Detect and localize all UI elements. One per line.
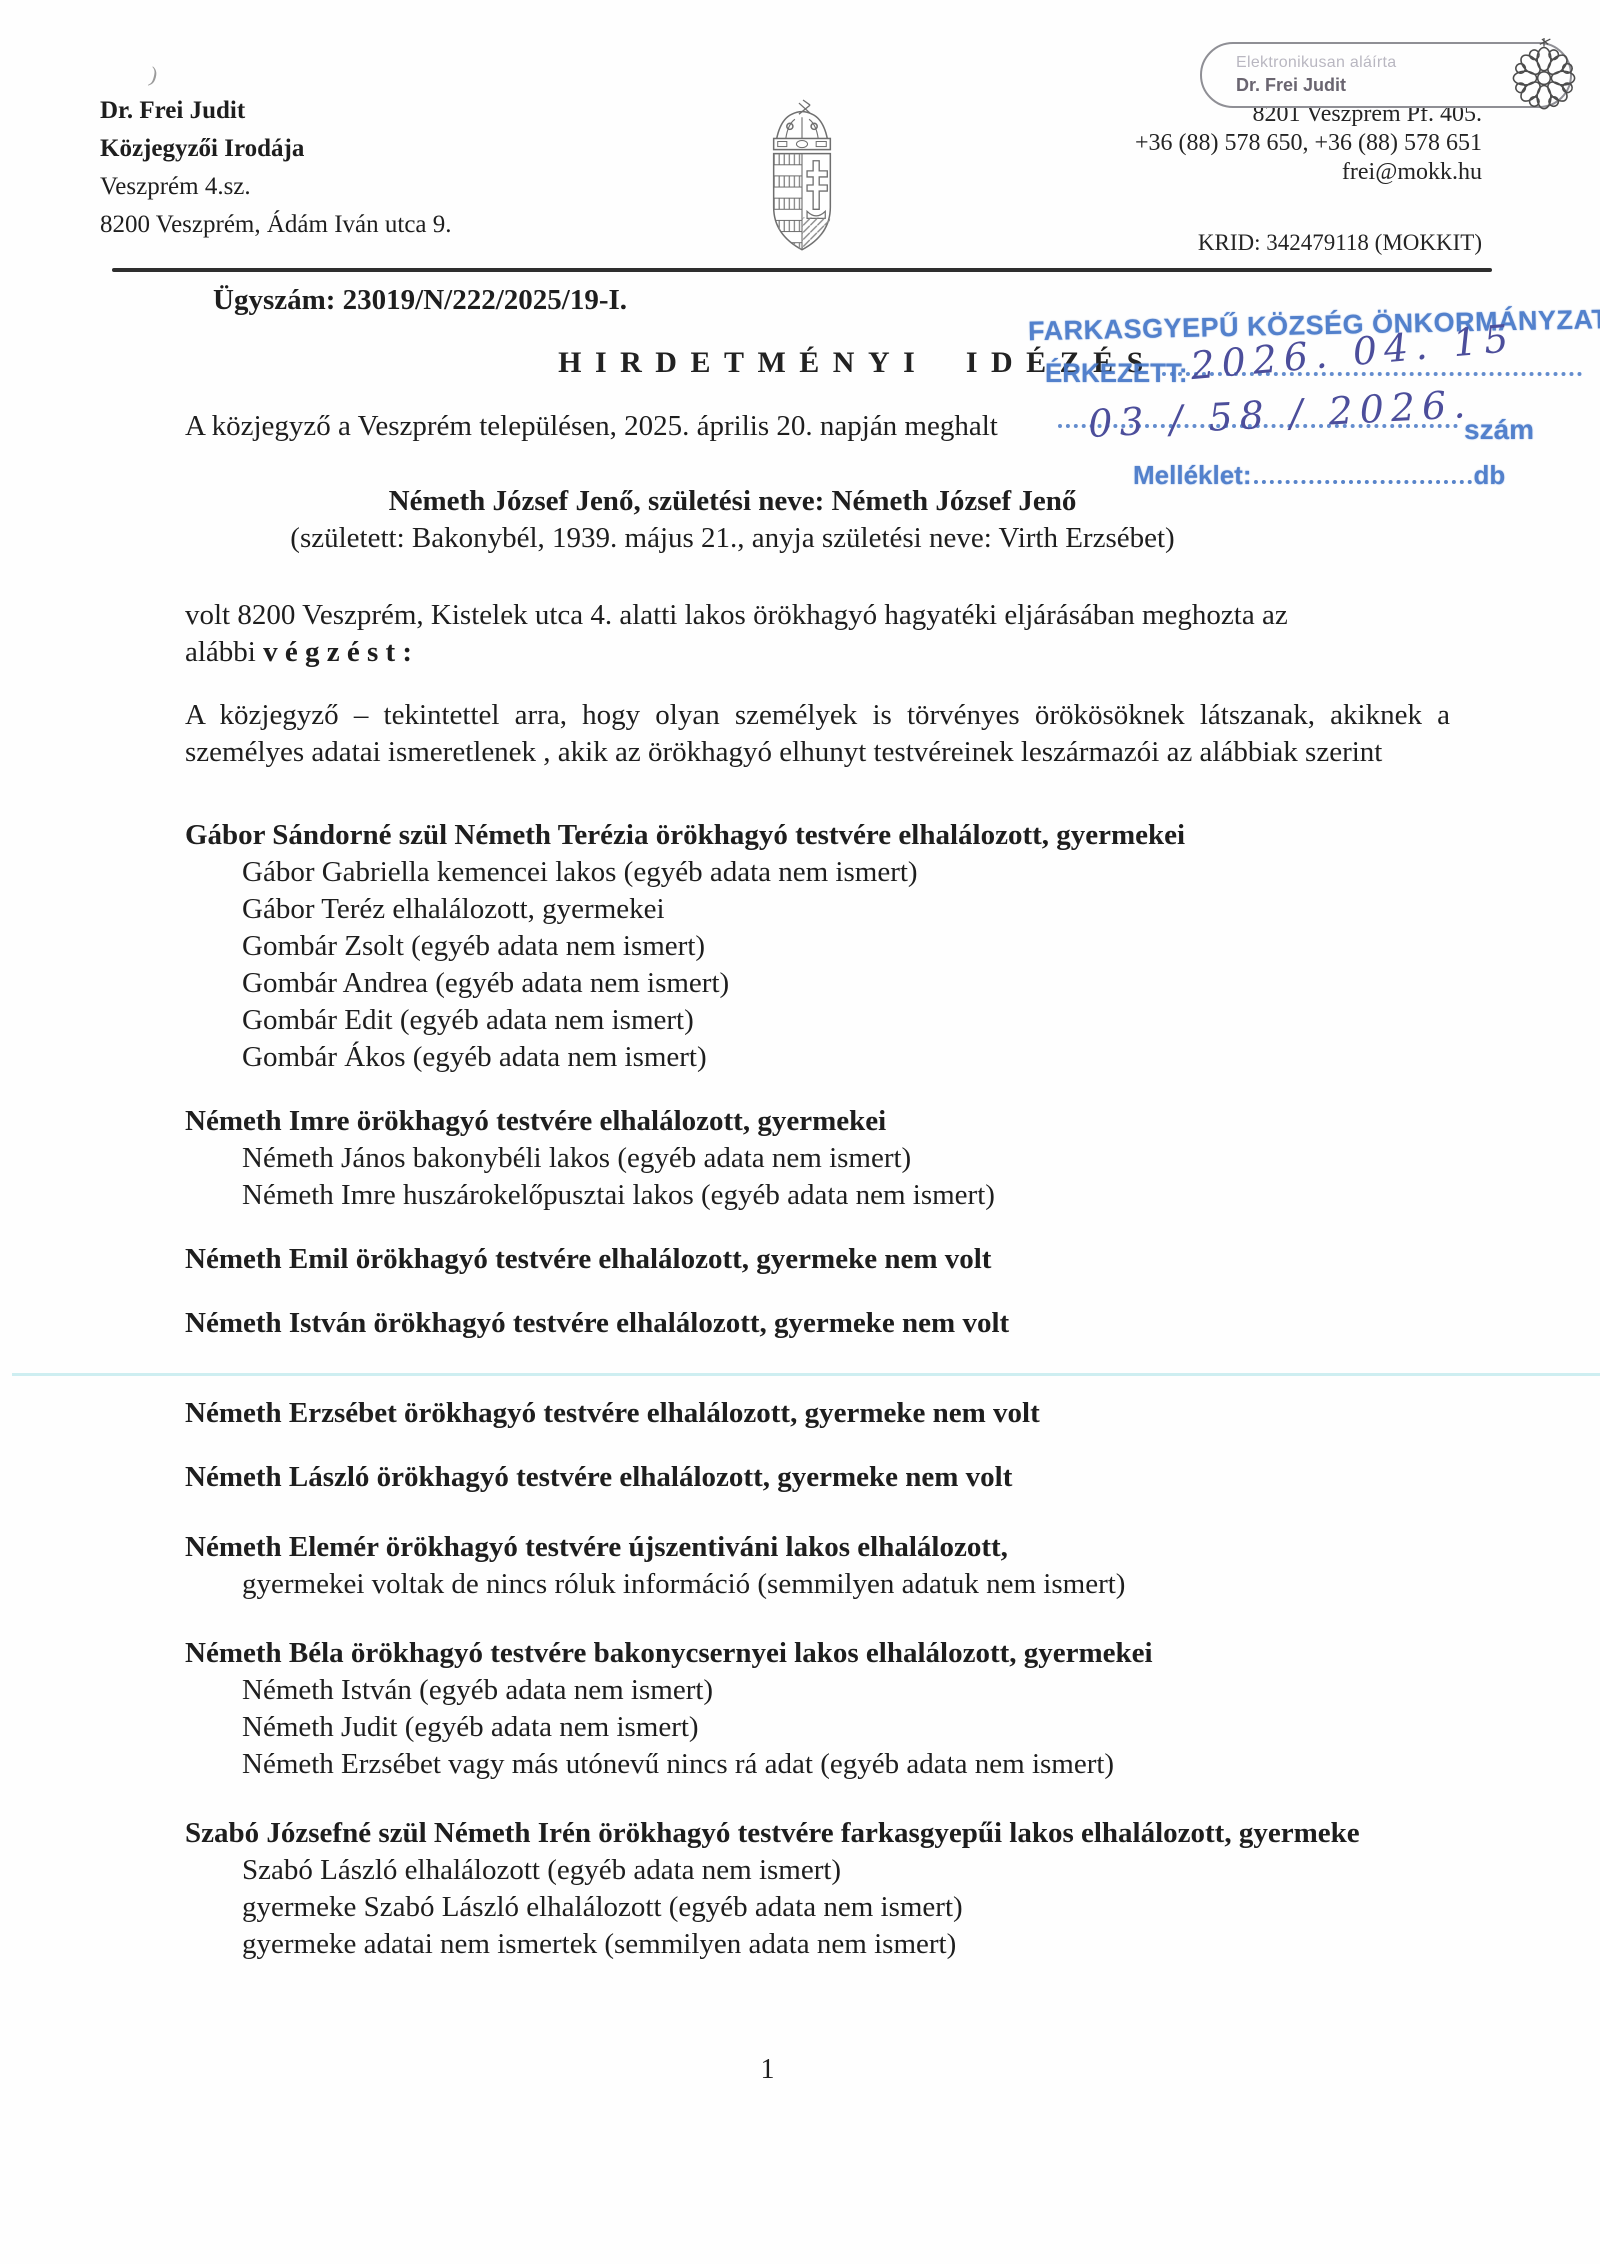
heir-section-heading: Németh István örökhagyó testvére elhalál… — [185, 1305, 1450, 1342]
heir-section: Németh Erzsébet örökhagyó testvére elhal… — [185, 1395, 1450, 1432]
stamp-db-label: db — [1474, 460, 1506, 490]
header-divider — [112, 268, 1492, 272]
heir-section-items: Németh János bakonybéli lakos (egyéb ada… — [185, 1140, 1450, 1214]
heir-section: Gábor Sándorné szül Németh Terézia örökh… — [185, 817, 1450, 1076]
list-item: Szabó László elhalálozott (egyéb adata n… — [242, 1852, 1450, 1889]
list-item: gyermekei voltak de nincs róluk informác… — [242, 1566, 1450, 1603]
heir-section-heading: Németh Béla örökhagyó testvére bakonycse… — [185, 1635, 1450, 1672]
notary-office-name: Közjegyzői Irodája — [100, 130, 452, 168]
notary-name: Dr. Frei Judit — [100, 92, 452, 130]
heir-section: Németh Imre örökhagyó testvére elhaláloz… — [185, 1103, 1450, 1214]
stamp-attachment-label: Melléklet: — [1133, 460, 1252, 490]
heir-section: Németh István örökhagyó testvére elhalál… — [185, 1305, 1450, 1342]
page-number: 1 — [135, 2051, 1400, 2088]
stamp-attachment-line: Melléklet:db — [1133, 460, 1505, 491]
heir-section: Németh László örökhagyó testvére elhalál… — [185, 1459, 1450, 1496]
heir-section: Németh Emil örökhagyó testvére elhaláloz… — [185, 1241, 1450, 1278]
heir-section-items: gyermekei voltak de nincs róluk informác… — [185, 1566, 1450, 1603]
contact-phones: +36 (88) 578 650, +36 (88) 578 651 — [1135, 129, 1482, 158]
list-item: Németh Imre huszárokelőpusztai lakos (eg… — [242, 1177, 1450, 1214]
heir-section-heading: Németh László örökhagyó testvére elhalál… — [185, 1459, 1450, 1496]
list-item: gyermeke adatai nem ismertek (semmilyen … — [242, 1926, 1450, 1963]
contact-email: frei@mokk.hu — [1135, 158, 1482, 187]
pen-mark-artifact: ) — [147, 61, 160, 88]
list-item: Gábor Teréz elhalálozott, gyermekei — [242, 891, 1450, 928]
heir-section-heading: Gábor Sándorné szül Németh Terézia örökh… — [185, 817, 1450, 854]
list-item: Németh Erzsébet vagy más utónevű nincs r… — [242, 1746, 1450, 1783]
list-item: Gombár Zsolt (egyéb adata nem ismert) — [242, 928, 1450, 965]
heir-section-heading: Németh Emil örökhagyó testvére elhaláloz… — [185, 1241, 1450, 1278]
ornamental-rosette-icon — [1506, 38, 1582, 114]
scanned-notary-document: ) Dr. Frei Judit Közjegyzői Irodája Vesz… — [0, 0, 1600, 2264]
heir-section-heading: Szabó Józsefné szül Németh Irén örökhagy… — [185, 1815, 1450, 1852]
heir-section-heading: Németh Elemér örökhagyó testvére újszent… — [185, 1529, 1450, 1566]
list-item: Gábor Gabriella kemencei lakos (egyéb ad… — [242, 854, 1450, 891]
list-item: Gombár Ákos (egyéb adata nem ismert) — [242, 1039, 1450, 1076]
sections: Gábor Sándorné szül Németh Terézia örökh… — [185, 817, 1450, 1963]
decision-word: v é g z é s t : — [263, 636, 412, 668]
heir-section: Németh Elemér örökhagyó testvére újszent… — [185, 1529, 1450, 1603]
heir-section: Németh Béla örökhagyó testvére bakonycse… — [185, 1635, 1450, 1783]
notary-office-seat: Veszprém 4.sz. — [100, 168, 452, 206]
krid-line: KRID: 342479118 (MOKKIT) — [1198, 230, 1482, 256]
list-item: Németh János bakonybéli lakos (egyéb ada… — [242, 1140, 1450, 1177]
heir-section-heading: Németh Erzsébet örökhagyó testvére elhal… — [185, 1395, 1450, 1432]
contact-block: 8201 Veszprém Pf. 405. +36 (88) 578 650,… — [1135, 100, 1482, 187]
residence-block: volt 8200 Veszprém, Kistelek utca 4. ala… — [185, 597, 1450, 671]
deceased-details: (született: Bakonybél, 1939. május 21., … — [100, 520, 1365, 557]
deceased-block: Németh József Jenő, születési neve: Néme… — [100, 483, 1365, 557]
residence-line: volt 8200 Veszprém, Kistelek utca 4. ala… — [185, 597, 1450, 634]
main-paragraph: A közjegyző – tekintettel arra, hogy oly… — [185, 697, 1450, 771]
notary-office-block: Dr. Frei Judit Közjegyzői Irodája Veszpr… — [100, 92, 452, 244]
decision-line: alábbi v é g z é s t : — [185, 634, 1450, 671]
case-number: Ügyszám: 23019/N/222/2025/19-I. — [213, 284, 627, 317]
hungarian-coat-of-arms-icon — [746, 98, 858, 270]
stamp-szam-label: szám — [1464, 414, 1534, 446]
list-item: Gombár Edit (egyéb adata nem ismert) — [242, 1002, 1450, 1039]
list-item: gyermeke Szabó László elhalálozott (egyé… — [242, 1889, 1450, 1926]
document-body: A közjegyző a Veszprém településen, 2025… — [185, 408, 1450, 2088]
heir-section-items: Gábor Gabriella kemencei lakos (egyéb ad… — [185, 854, 1450, 1076]
heir-section: Szabó Józsefné szül Németh Irén örökhagy… — [185, 1815, 1450, 1963]
heir-section-items: Szabó László elhalálozott (egyéb adata n… — [185, 1852, 1450, 1963]
scan-artifact-line — [12, 1373, 1600, 1376]
list-item: Gombár Andrea (egyéb adata nem ismert) — [242, 965, 1450, 1002]
list-item: Németh István (egyéb adata nem ismert) — [242, 1672, 1450, 1709]
notary-office-address: 8200 Veszprém, Ádám Iván utca 9. — [100, 206, 452, 244]
heir-section-heading: Németh Imre örökhagyó testvére elhaláloz… — [185, 1103, 1450, 1140]
list-item: Németh Judit (egyéb adata nem ismert) — [242, 1709, 1450, 1746]
heir-section-items: Németh István (egyéb adata nem ismert)Né… — [185, 1672, 1450, 1783]
stamp-dotted-line-attachment — [1254, 460, 1472, 484]
